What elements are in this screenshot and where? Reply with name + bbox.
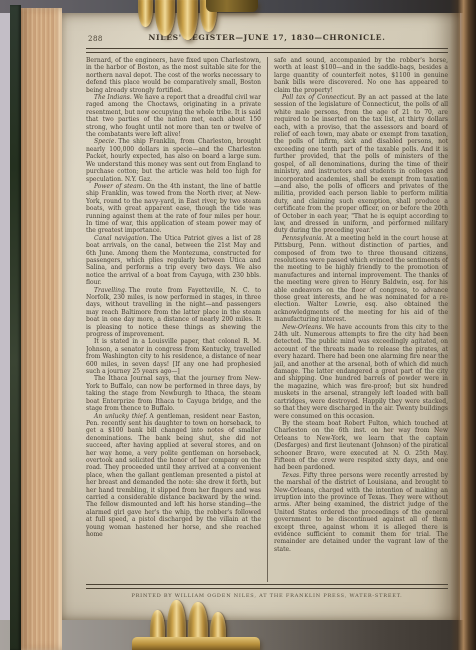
- paragraph-text: The Ithaca Journal says, that the journe…: [86, 375, 261, 412]
- book-scan-photo: 288 NILES' REGISTER—JUNE 17, 1830—CHRONI…: [0, 0, 476, 650]
- paragraph-lead: Pennsylvania.: [282, 235, 324, 242]
- clasp-finger: [167, 600, 186, 640]
- paragraph: Texas.Fifty three persons were recently …: [274, 472, 448, 553]
- gold-clasp-hinge: [206, 0, 258, 12]
- clasp-finger: [150, 610, 165, 640]
- book-cover-edge: [10, 5, 21, 650]
- paragraph-text: At a meeting held in the court house at …: [274, 235, 448, 323]
- gold-clasp-bottom: [142, 598, 250, 650]
- paragraph-lead: New-Orleans.: [282, 324, 324, 331]
- paragraph: Bernard, of the engineers, have fixed up…: [86, 57, 261, 94]
- paragraph-text: On the 4th instant, the line of battle s…: [86, 183, 261, 234]
- clasp-finger: [210, 612, 226, 640]
- page-fore-edges: [21, 8, 62, 650]
- paragraph: It is stated in a Louisville paper, that…: [86, 338, 261, 375]
- footer-rule: [86, 584, 448, 589]
- gold-clasp-base: [132, 637, 260, 650]
- clasp-fingers: [150, 600, 250, 640]
- paragraph-text: The Utica Patriot gives a list of 28 boa…: [86, 235, 261, 286]
- paragraph-text: It is stated in a Louisville paper, that…: [86, 338, 261, 375]
- paragraph: The Indians.We have a report that a drea…: [86, 94, 261, 138]
- paragraph: An unlucky thief.A gentleman, resident n…: [86, 413, 261, 539]
- paragraph: Specie.The ship Franklin, from Charlesto…: [86, 138, 261, 182]
- paragraph: Poll tax of Connecticut.By an act passed…: [274, 94, 448, 235]
- paragraph-lead: Canal navigation.: [94, 235, 148, 242]
- paragraph-lead: The Indians.: [94, 94, 132, 101]
- paragraph-text: safe and sound, accompanied by the robbe…: [274, 57, 448, 94]
- header-rule: [86, 48, 448, 53]
- book-page: 288 NILES' REGISTER—JUNE 17, 1830—CHRONI…: [62, 13, 460, 620]
- paragraph-text: By the steam boat Robert Fulton, which t…: [274, 420, 448, 471]
- paragraph-lead: Power of steam.: [94, 183, 144, 190]
- paragraph: Pennsylvania.At a meeting held in the co…: [274, 235, 448, 324]
- paragraph: Canal navigation.The Utica Patriot gives…: [86, 235, 261, 287]
- paragraph-lead: Poll tax of Connecticut.: [282, 94, 356, 101]
- printer-imprint: PRINTED BY WILLIAM OGDEN NILES, AT THE F…: [86, 593, 448, 599]
- paragraph-text: Bernard, of the engineers, have fixed up…: [86, 57, 261, 94]
- paragraph: Power of steam.On the 4th instant, the l…: [86, 183, 261, 235]
- text-column-right: safe and sound, accompanied by the robbe…: [267, 57, 448, 582]
- paragraph-lead: Texas.: [282, 472, 301, 479]
- paragraph-lead: An unlucky thief.: [94, 413, 147, 420]
- paragraph-text: Fifty three persons were recently arrest…: [274, 472, 448, 553]
- paragraph-lead: Specie.: [94, 138, 116, 145]
- text-column-left: Bernard, of the engineers, have fixed up…: [86, 57, 267, 582]
- clasp-finger: [177, 0, 198, 40]
- paragraph: New-Orleans.We have accounts from this c…: [274, 324, 448, 420]
- paragraph: Travelling.The route from Fayetteville, …: [86, 287, 261, 339]
- paragraph: By the steam boat Robert Fulton, which t…: [274, 420, 448, 472]
- paragraph-text: We have a report that a dreadful civil w…: [86, 94, 261, 138]
- paragraph-text: The ship Franklin, from Charleston, brou…: [86, 138, 261, 182]
- paragraph: safe and sound, accompanied by the robbe…: [274, 57, 448, 94]
- paragraph-text: By an act passed at the late session of …: [274, 94, 448, 234]
- text-columns: Bernard, of the engineers, have fixed up…: [86, 57, 448, 582]
- paragraph-text: We have accounts from this city to the 2…: [274, 324, 448, 420]
- paragraph: The Ithaca Journal says, that the journe…: [86, 375, 261, 412]
- clasp-finger: [188, 602, 208, 640]
- clasp-finger: [138, 0, 153, 27]
- paragraph-lead: Travelling.: [94, 287, 127, 294]
- paragraph-text: The route from Fayetteville, N. C. to No…: [86, 287, 261, 338]
- clasp-finger: [155, 0, 175, 36]
- gold-clasp-top: [138, 0, 248, 42]
- page-number: 288: [88, 35, 103, 43]
- paragraph-text: A gentleman, resident near Easton, Pen. …: [86, 413, 261, 539]
